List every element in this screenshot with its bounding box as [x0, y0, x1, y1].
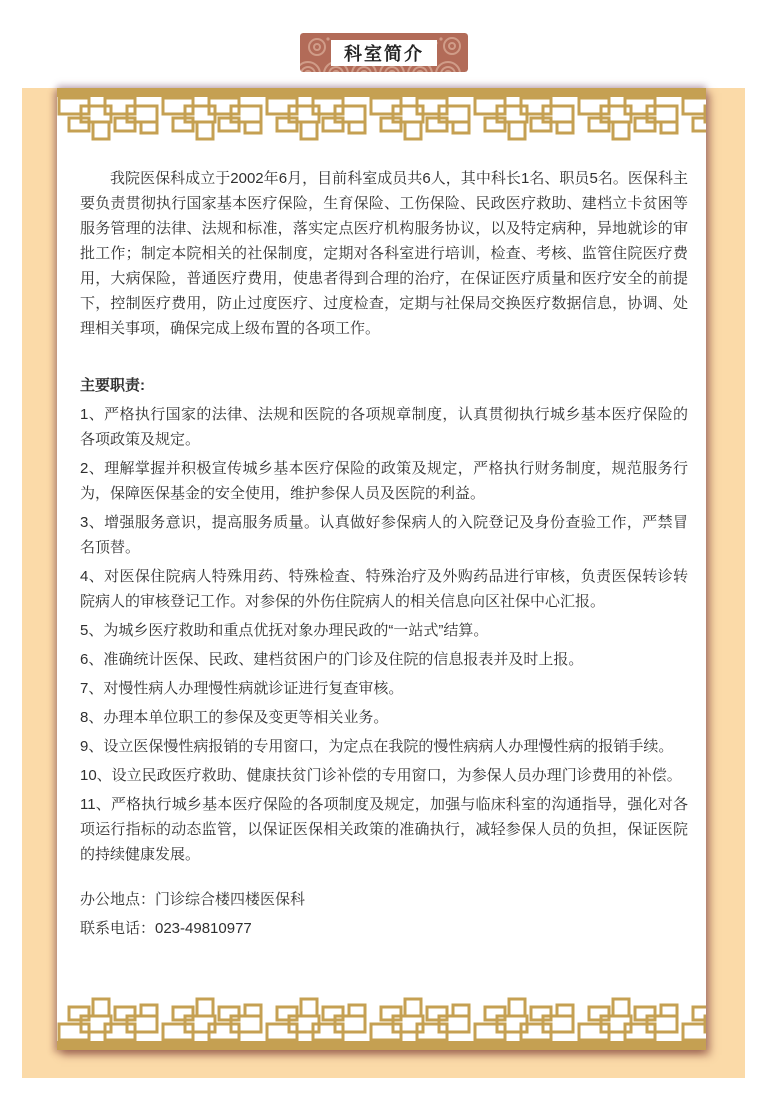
fretwork-border-top-icon	[57, 88, 706, 145]
duty-item-2: 2、理解掌握并积极宣传城乡基本医疗保险的政策及规定，严格执行财务制度，规范服务行…	[80, 456, 688, 506]
contact-phone-text: 联系电话：023-49810977	[80, 916, 688, 941]
duties-heading: 主要职责:	[80, 373, 688, 398]
duty-item-6: 6、准确统计医保、民政、建档贫困户的门诊及住院的信息报表并及时上报。	[80, 647, 688, 672]
department-description: 我院医保科成立于2002年6月，目前科室成员共6人，其中科长1名、职员5名。医保…	[57, 145, 706, 993]
duty-item-5: 5、为城乡医疗救助和重点优抚对象办理民政的“一站式”结算。	[80, 618, 688, 643]
intro-paragraph: 我院医保科成立于2002年6月，目前科室成员共6人，其中科长1名、职员5名。医保…	[80, 166, 688, 341]
duty-item-11: 11、严格执行城乡基本医疗保险的各项制度及规定，加强与临床科室的沟通指导，强化对…	[80, 792, 688, 867]
duty-item-3: 3、增强服务意识，提高服务质量。认真做好参保病人的入院登记及身份查验工作，严禁冒…	[80, 510, 688, 560]
badge-title-box: 科室简介	[331, 40, 437, 66]
department-intro-badge: 科室简介	[300, 33, 468, 72]
office-location-text: 办公地点：门诊综合楼四楼医保科	[80, 887, 688, 912]
fretwork-border-bottom-icon	[57, 993, 706, 1050]
duty-item-4: 4、对医保住院病人特殊用药、特殊检查、特殊治疗及外购药品进行审核，负责医保转诊转…	[80, 564, 688, 614]
duty-item-8: 8、办理本单位职工的参保及变更等相关业务。	[80, 705, 688, 730]
content-card: 我院医保科成立于2002年6月，目前科室成员共6人，其中科长1名、职员5名。医保…	[57, 88, 706, 1050]
duty-item-1: 1、严格执行国家的法律、法规和医院的各项规章制度，认真贯彻执行城乡基本医疗保险的…	[80, 402, 688, 452]
department-intro-page: 科室简介	[0, 0, 767, 1104]
duty-item-9: 9、设立医保慢性病报销的专用窗口，为定点在我院的慢性病病人办理慢性病的报销手续。	[80, 734, 688, 759]
duty-item-10: 10、设立民政医疗救助、健康扶贫门诊补偿的专用窗口，为参保人员办理门诊费用的补偿…	[80, 763, 688, 788]
page-title: 科室简介	[344, 40, 424, 66]
duty-item-7: 7、对慢性病人办理慢性病就诊证进行复查审核。	[80, 676, 688, 701]
